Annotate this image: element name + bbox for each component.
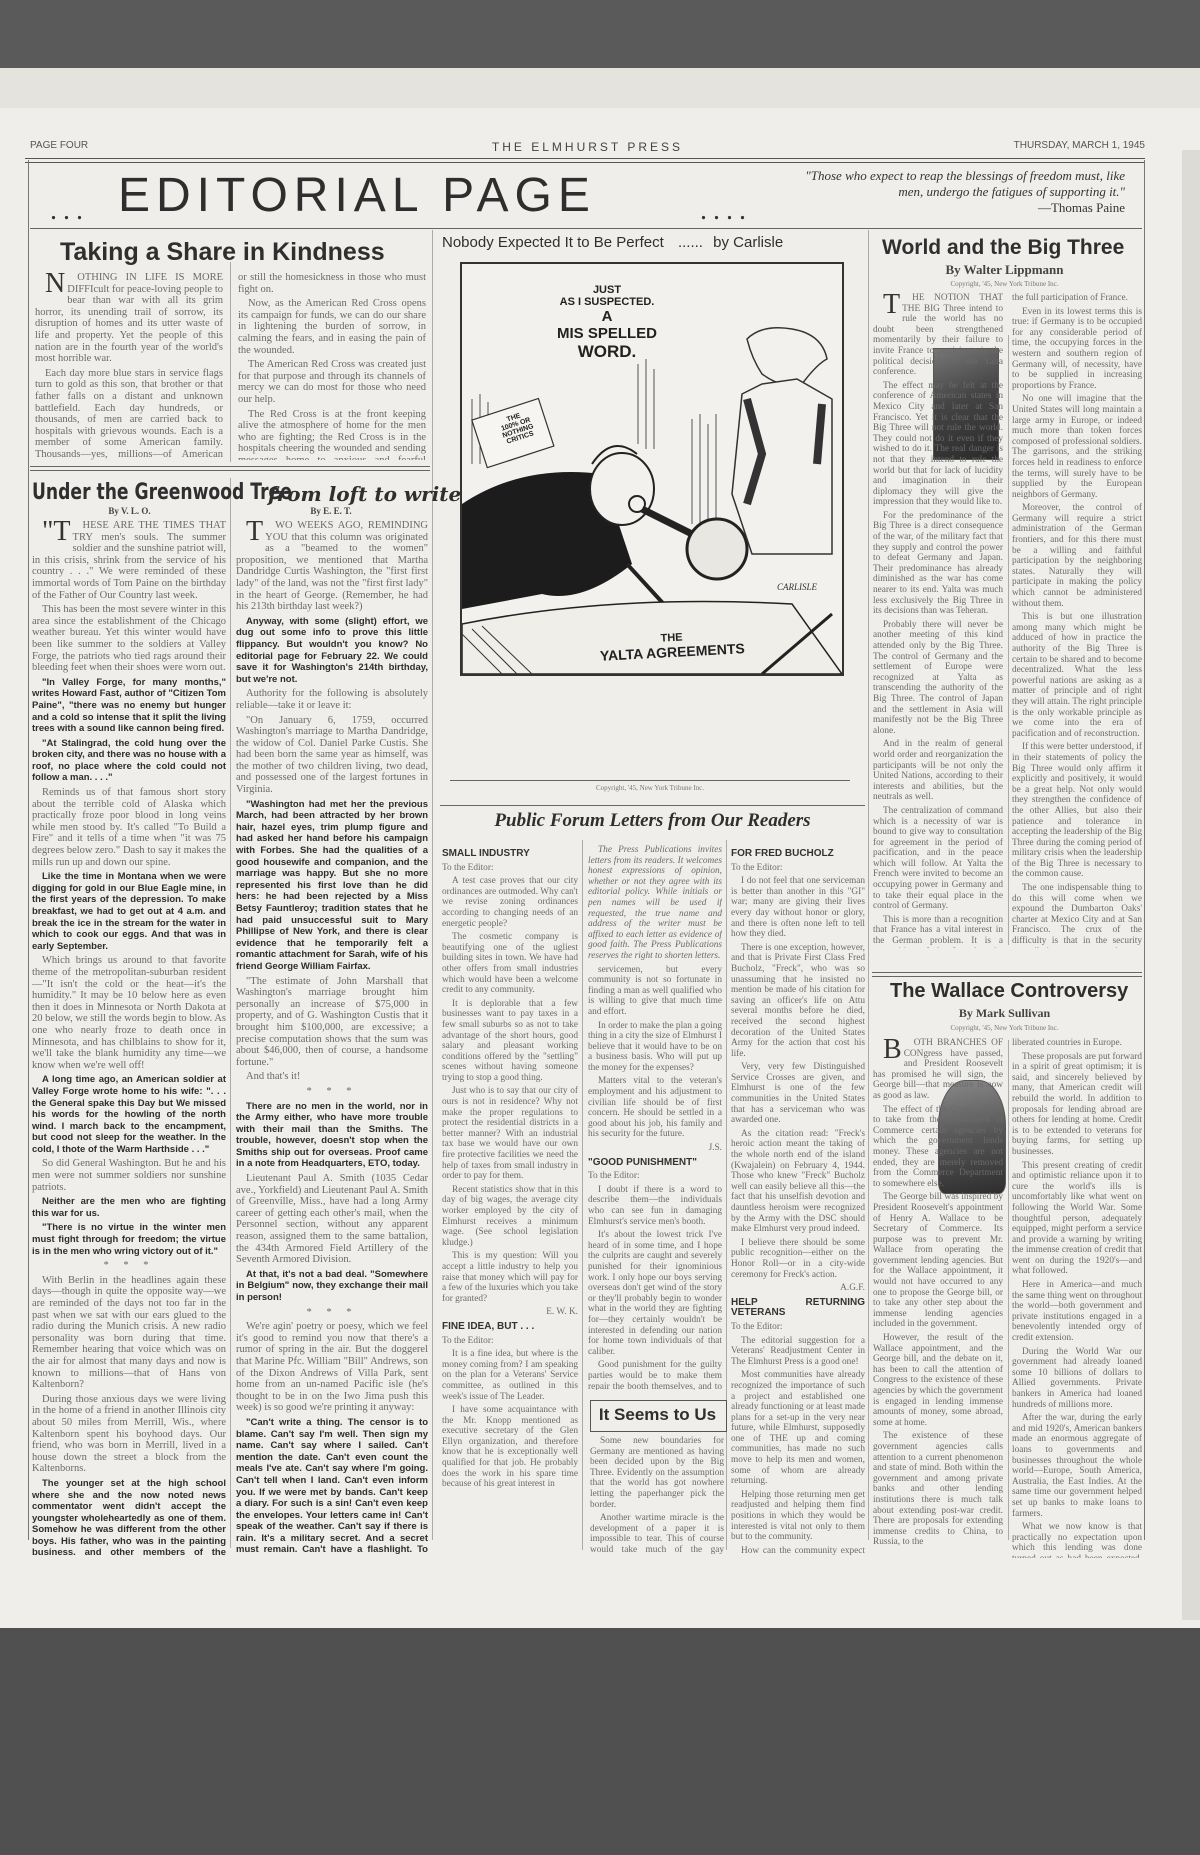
editorial-cartoon: JUST AS I SUSPECTED. A MIS SPELLED WORD.… <box>460 262 844 676</box>
quote-text: "Those who expect to reap the blessings … <box>805 168 1125 199</box>
headline-it-seems-to-us: It Seems to Us <box>590 1405 725 1425</box>
headline-lippmann: World and the Big Three <box>882 236 1124 260</box>
issue-date: THURSDAY, MARCH 1, 1945 <box>1014 140 1145 151</box>
headline-public-forum: Public Forum Letters from Our Readers <box>440 810 865 832</box>
column-lippmann-1: THE NOTION THAT THE BIG Three intend to … <box>873 293 1003 948</box>
byline-lippmann: By Walter Lippmann <box>872 262 1137 278</box>
column-divider <box>582 840 583 1550</box>
letter-heading-good-punishment: "GOOD PUNISHMENT" <box>588 1158 722 1169</box>
masthead: PAGE FOUR THE ELMHURST PRESS THURSDAY, M… <box>30 140 1145 156</box>
newspaper-name: THE ELMHURST PRESS <box>30 140 1145 154</box>
column-sullivan-1: BOTH BRANCHES OF CONgress have passed, a… <box>873 1038 1003 1558</box>
headline-wallace: The Wallace Controversy <box>890 980 1128 1003</box>
section-rule <box>872 976 1142 977</box>
forum-column-1: SMALL INDUSTRY To the Editor: A test cas… <box>442 845 578 1555</box>
column-sullivan-2: liberated countries in Europe. These pro… <box>1012 1038 1142 1558</box>
column-lippmann-2: the full participation of France. Even i… <box>1012 293 1142 948</box>
title-dots-left: ... <box>50 195 89 227</box>
column-it-seems-to-us: Some new boundaries for Germany are ment… <box>590 1436 724 1556</box>
column-divider <box>230 478 231 1548</box>
letter-heading-fred-bucholz: FOR FRED BUCHOLZ <box>731 849 865 860</box>
cartoon-bottom-rule <box>450 780 850 781</box>
cartoonist-signature: CARLISLE <box>777 582 817 592</box>
column-divider <box>726 840 727 1550</box>
title-dots-right: .... <box>700 195 752 227</box>
byline-greenwood: By V. L. O. <box>32 506 227 516</box>
headline-kindness: Taking a Share in Kindness <box>60 238 385 267</box>
headline-loft: from loft to write <box>268 482 461 506</box>
letter-heading-fine-idea: FINE IDEA, BUT . . . <box>442 1322 578 1333</box>
speech-bubble: JUST AS I SUSPECTED. A MIS SPELLED WORD. <box>532 284 682 362</box>
column-divider <box>432 230 433 1540</box>
cartoon-title-row: Nobody Expected It to Be Perfect ...... … <box>442 234 783 251</box>
copyright-lippmann: Copyright, '45, New York Tribune Inc. <box>872 280 1137 288</box>
title-bottom-rule <box>30 228 1142 229</box>
section-rule <box>30 470 430 471</box>
scan-border-top <box>0 0 1200 68</box>
column-greenwood: "THESE ARE THE TIMES THAT TRY men's soul… <box>32 520 226 1555</box>
section-rule <box>872 972 1142 973</box>
cartoon-credit: by Carlisle <box>713 234 783 251</box>
forum-column-2: The Press Publications invites letters f… <box>588 845 722 1390</box>
section-rule <box>30 466 430 467</box>
letter-heading-small-industry: SMALL INDUSTRY <box>442 849 578 860</box>
column-divider <box>230 262 231 462</box>
article-kindness-col1: NOTHING IN LIFE IS MORE DIFFIcult for pe… <box>35 272 223 460</box>
forum-column-3: FOR FRED BUCHOLZ To the Editor: I do not… <box>731 845 865 1555</box>
adjacent-page-edge <box>1182 150 1200 1620</box>
headline-greenwood: Under the Greenwood Tree <box>32 480 292 505</box>
masthead-rule <box>25 158 1145 159</box>
column-divider <box>868 230 869 1540</box>
page-title: EDITORIAL PAGE <box>118 168 596 223</box>
cartoon-headline: Nobody Expected It to Be Perfect <box>442 234 664 251</box>
copyright-sullivan: Copyright, '45, New York Tribune Inc. <box>872 1024 1137 1032</box>
byline-sullivan: By Mark Sullivan <box>872 1006 1137 1021</box>
scan-margin-top <box>0 68 1200 108</box>
cartoon-copyright: Copyright, '45, New York Tribune Inc. <box>450 784 850 792</box>
quote-attribution: —Thomas Paine <box>780 200 1125 216</box>
masthead-quote: "Those who expect to reap the blessings … <box>780 168 1125 216</box>
forum-policy-note: The Press Publications invites letters f… <box>588 845 722 962</box>
scan-border-bottom <box>0 1628 1200 1855</box>
column-divider <box>1008 335 1009 945</box>
article-kindness-col2: or still the homesickness in those who m… <box>238 272 426 460</box>
column-loft: TWO WEEKS AGO, REMINDING YOU that this c… <box>236 520 428 1555</box>
byline-loft: By E. E. T. <box>236 506 426 516</box>
cartoon-leader-dots: ...... <box>678 234 703 251</box>
column-divider <box>1008 1040 1009 1540</box>
letter-heading-help-veterans: HELP RETURNING VETERANS <box>731 1298 865 1319</box>
